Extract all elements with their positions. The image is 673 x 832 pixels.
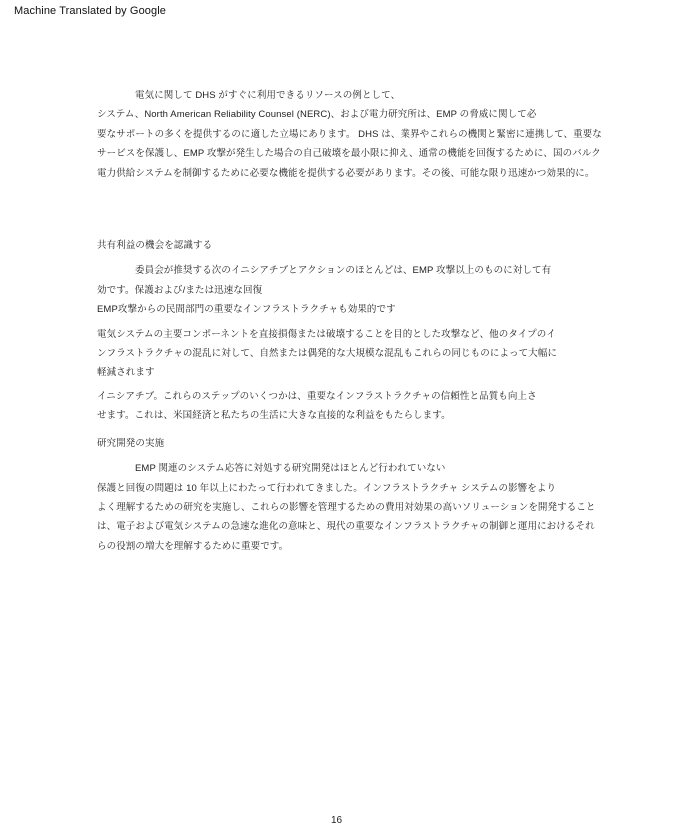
section-heading: 研究開発の実施	[97, 434, 579, 453]
page-number: 16	[0, 815, 673, 826]
paragraph: 電気に関して DHS がすぐに利用できるリソースの例として、システム、North…	[97, 86, 579, 183]
text-line: 要なサポートの多くを提供するのに適した立場にあります。 DHS は、業界やこれら…	[97, 125, 579, 144]
text-line: 効です。保護および/または迅速な回復	[97, 281, 579, 300]
section-heading: 共有利益の機会を認識する	[97, 236, 579, 255]
text-line: 保護と回復の問題は 10 年以上にわたって行われてきました。インフラストラクチャ…	[97, 479, 579, 498]
paragraph: イニシアチブ。これらのステップのいくつかは、重要なインフラストラクチャの信頼性と…	[97, 387, 579, 426]
machine-translated-banner: Machine Translated by Google	[14, 5, 166, 17]
text-line: 委員会が推奨する次のイニシアチブとアクションのほとんどは、EMP 攻撃以上のもの…	[97, 261, 579, 280]
text-line: 軽減されます	[97, 363, 579, 382]
text-line: 電気に関して DHS がすぐに利用できるリソースの例として、	[97, 86, 579, 105]
text-line: イニシアチブ。これらのステップのいくつかは、重要なインフラストラクチャの信頼性と…	[97, 387, 579, 406]
text-line: せます。これは、米国経済と私たちの生活に大きな直接的な利益をもたらします。	[97, 406, 579, 425]
paragraph: 委員会が推奨する次のイニシアチブとアクションのほとんどは、EMP 攻撃以上のもの…	[97, 261, 579, 319]
text-line: EMP攻撃からの民間部門の重要なインフラストラクチャも効果的です	[97, 300, 579, 319]
text-line: ンフラストラクチャの混乱に対して、自然または偶発的な大規模な混乱もこれらの同じも…	[97, 344, 579, 363]
text-line: は、電子および電気システムの急速な進化の意味と、現代の重要なインフラストラクチャ…	[97, 517, 579, 536]
text-line: らの役割の増大を理解するために重要です。	[97, 537, 579, 556]
text-line: 電力供給システムを制御するために必要な機能を提供する必要があります。その後、可能…	[97, 164, 579, 183]
text-line: EMP 関連のシステム応答に対処する研究開発はほとんど行われていない	[97, 459, 579, 478]
document-body: 電気に関して DHS がすぐに利用できるリソースの例として、システム、North…	[97, 86, 579, 556]
text-line: 電気システムの主要コンポーネントを直接損傷または破壊することを目的とした攻撃など…	[97, 325, 579, 344]
document-page: Machine Translated by Google 電気に関して DHS …	[0, 0, 673, 832]
paragraph: 電気システムの主要コンポーネントを直接損傷または破壊することを目的とした攻撃など…	[97, 325, 579, 383]
text-line: よく理解するための研究を実施し、これらの影響を管理するための費用対効果の高いソリ…	[97, 498, 579, 517]
paragraph: EMP 関連のシステム応答に対処する研究開発はほとんど行われていない保護と回復の…	[97, 459, 579, 556]
text-line: サービスを保護し、EMP 攻撃が発生した場合の自己破壊を最小限に抑え、通常の機能…	[97, 144, 579, 163]
text-line: システム、North American Reliability Counsel …	[97, 105, 579, 124]
